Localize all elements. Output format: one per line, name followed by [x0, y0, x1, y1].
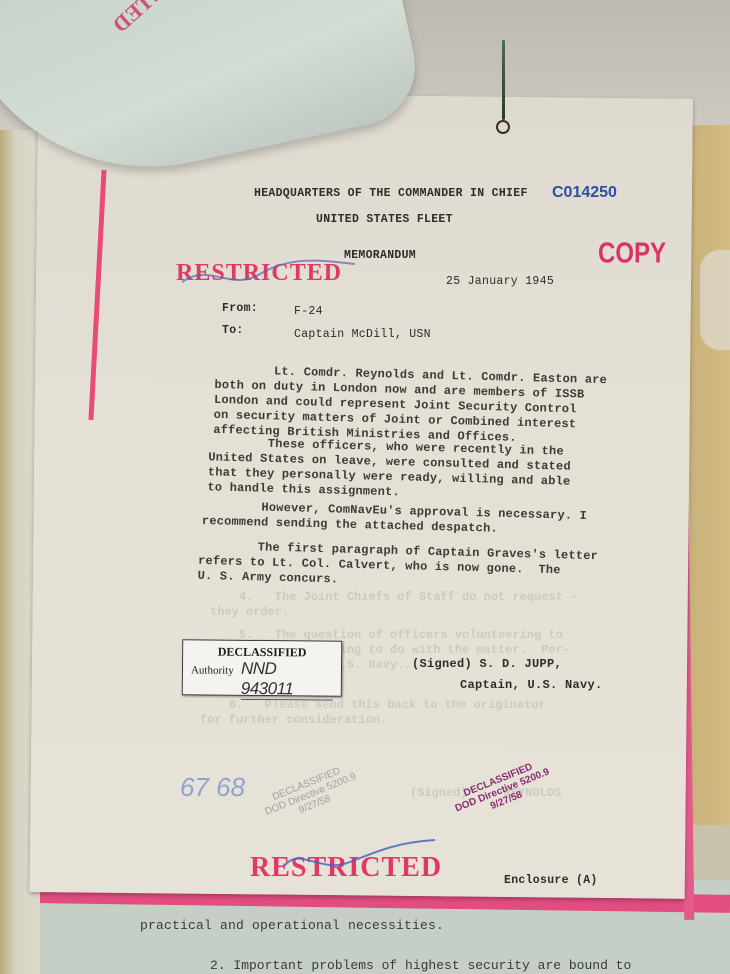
bleed-through-para6: 6. Please send this back to the originat…	[200, 698, 546, 728]
underlying-text-line1: practical and operational necessities.	[140, 918, 444, 933]
to-label: To:	[222, 324, 244, 337]
header-line2: UNITED STATES FLEET	[316, 213, 453, 226]
memo-date: 25 January 1945	[446, 275, 554, 288]
underlying-text-line2: 2. Important problems of highest securit…	[210, 958, 631, 973]
fastener-ring-right-icon	[496, 120, 510, 134]
from-label: From:	[222, 302, 258, 315]
declassified-label: DECLASSIFIED Authority NND 943011	[182, 639, 342, 696]
curled-page-stamp: RESTRICTED	[108, 0, 232, 38]
enclosure-label: Enclosure (A)	[504, 874, 598, 887]
to-value: Captain McDill, USN	[294, 328, 431, 341]
control-number: C014250	[552, 184, 617, 202]
signature-line1: (Signed) S. D. JUPP,	[412, 657, 562, 671]
bleed-through-para4: 4. The Joint Chiefs of Staff do not requ…	[210, 590, 577, 620]
authority-label: Authority	[191, 664, 234, 676]
authority-value: NND 943011	[241, 659, 333, 701]
signature-line2: Captain, U.S. Navy.	[460, 678, 603, 692]
fastener-right-icon	[502, 40, 505, 120]
signature-scribble-top-icon	[180, 252, 360, 292]
signature-scribble-bottom-icon	[280, 836, 440, 876]
folder-right-edge	[690, 125, 730, 825]
folder-tab	[700, 250, 730, 350]
header-line1: HEADQUARTERS OF THE COMMANDER IN CHIEF	[254, 187, 528, 200]
handwritten-number: 67 68	[180, 772, 245, 803]
paragraph-1: Lt. Comdr. Reynolds and Lt. Comdr. Easto…	[213, 363, 607, 448]
from-value: F-24	[294, 305, 323, 318]
paragraph-2: These officers, who were recently in the…	[207, 435, 571, 504]
copy-stamp: COPY	[598, 237, 666, 271]
